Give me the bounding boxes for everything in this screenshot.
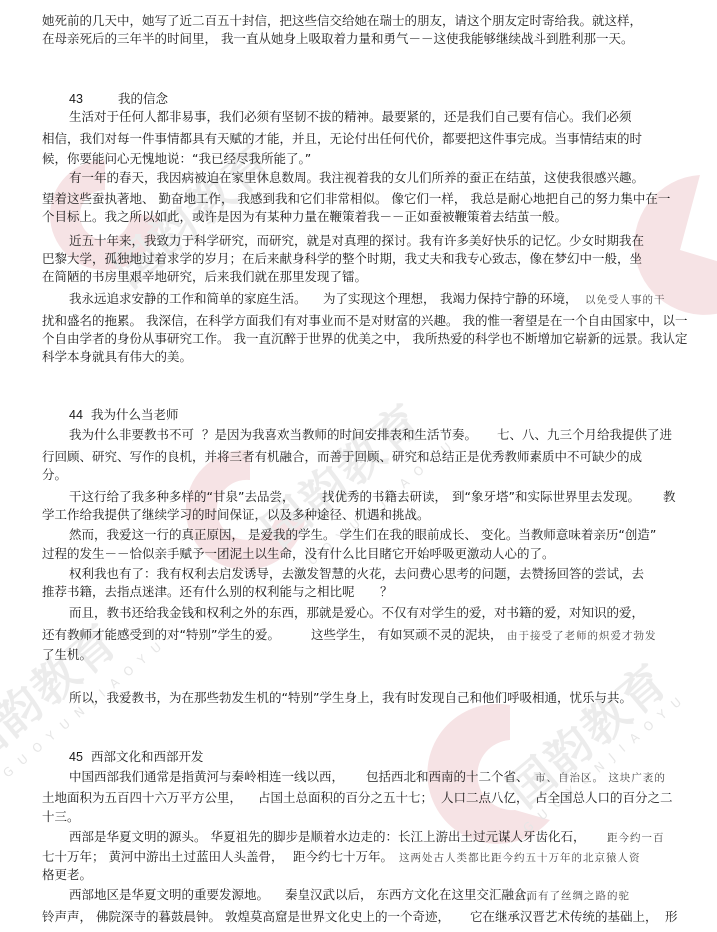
paragraph-line: 了生机。	[42, 647, 92, 663]
paragraph-line: 过程的发生－－恰似亲手赋予一团泥土以生命，没有什么比目睹它开始呼吸更激动人心的了…	[42, 546, 555, 562]
paragraph-line: 这两处古人类都比距今约五十万年的北京猿人资	[399, 850, 641, 866]
paragraph-line: 还有教师才能感受到的对“特别”学生的爱。	[42, 627, 280, 643]
paragraph-line: 个目标上。我之所以如此，或许是因为有某种力量在鞭策着我－－正如蚕被鞭策着去结茧一…	[42, 209, 567, 225]
paragraph-line: 距今约一百	[607, 830, 665, 846]
paragraph-line: 所以，我爱教书，为在那些勃发生机的“特别”学生身上，我有时发现自己和他们呼吸相通…	[69, 690, 632, 706]
paragraph-line: ？	[380, 584, 393, 600]
paragraph-line: 以免受人事的干	[585, 292, 666, 308]
paragraph-line: 土地面积为五百四十六万平方公里，	[42, 790, 242, 806]
paragraph-line: 巴黎大学，孤独地过着求学的岁月；在后来献身科学的整个时期，我丈夫和我专心致志，像…	[42, 251, 642, 267]
paragraph-line: 相信，我们对每一件事情都具有天赋的才能，并且，无论付出任何代价，都要把这件事完成…	[42, 131, 642, 147]
paragraph-line: 十三。	[42, 809, 80, 825]
paragraph-line: 我永远追求安静的工作和简单的家庭生活。	[69, 291, 307, 307]
section-number: 43	[69, 91, 83, 107]
paragraph-line: 由于接受了老师的炽爱才勃发	[507, 628, 657, 644]
paragraph-line: 在母亲死后的三年半的时间里， 我一直从她身上吸取着力量和勇气－－这使我能够继续战…	[42, 31, 633, 47]
section-title: 我的信念	[118, 91, 168, 107]
paragraph-line: 找优秀的书籍去研读，	[322, 489, 447, 505]
paragraph-line: 行回顾、研究、写作的良机，并将三者有机融合，而善于回顾、研究和总结正是优秀教师素…	[42, 449, 642, 465]
paragraph-line: 教	[663, 489, 676, 505]
paragraph-line: 长江上游出土过元谋人牙齿化石，	[398, 829, 586, 845]
paragraph-line: 干这行给了我多种多样的“甘泉”去品尝，	[69, 489, 294, 505]
paragraph-line: 到“象牙塔”和实际世界里去发现。	[452, 489, 640, 505]
paragraph-line: 望着这些蚕执著地、 勤奋地工作， 我感到我和它们非常相似。 像它们一样， 我总是…	[42, 191, 670, 207]
paragraph-line: 七、八、九三个月给我提供了进	[497, 427, 672, 443]
paragraph-line: 市、自治区。 这块广袤的	[535, 770, 666, 786]
paragraph-line: 西部地区是华夏文明的重要发源地。	[69, 887, 269, 903]
paragraph-line: 推荐书籍，去指点迷津。还有什么别的权利能与之相比呢	[42, 584, 355, 600]
paragraph-line: 形	[665, 909, 678, 925]
paragraph-line: 格更老。	[42, 867, 92, 883]
watermark-pinyin-text: GUOYUNJIAOYU	[520, 689, 691, 836]
paragraph-line: 人口二点八亿，	[441, 790, 529, 806]
paragraph-line: 占全国总人口的百分之二	[535, 790, 673, 806]
paragraph-line: ？是因为我喜欢当教师的时间安排表和生活节奏。	[202, 427, 477, 443]
paragraph-line: 学工作给我提供了继续学习的时间保证，以及多种途径、机遇和挑战。	[42, 507, 430, 523]
paragraph-line: 在简陋的书房里艰辛地研究，后来我们就在那里发现了镭。	[42, 269, 367, 285]
paragraph-line: 七十万年； 黄河中游出土过蓝田人头盖骨，	[42, 849, 283, 865]
paragraph-line: 这些学生， 有如冥顽不灵的泥块，	[311, 627, 502, 643]
paragraph-line: 然而，我爱这一行的真正原因， 是爱我的学生。 学生们在我的眼前成长、 变化。当教…	[69, 527, 656, 543]
paragraph-line: 权利我也有了：我有权利去启发诱导，去激发智慧的火花，去问费心思考的问题，去赞扬回…	[69, 566, 644, 582]
paragraph-line: 分。	[42, 467, 67, 483]
paragraph-line: 距今约七十万年。	[293, 849, 393, 865]
paragraph-line: 包括西北和西南的十二个省、	[366, 769, 529, 785]
paragraph-line: 科学本身就具有伟大的美。	[42, 349, 192, 365]
paragraph-line: 近五十年来，我致力于科学研究，而研究，就是对真理的探讨。我有许多美好快乐的记忆。…	[69, 233, 644, 249]
paragraph-line: 从而有了丝绸之路的驼	[515, 888, 630, 904]
paragraph-line: 有一年的春天，我因病被迫在家里休息数周。我注视着我的女儿们所养的蚕正在结茧，这使…	[69, 170, 644, 186]
section-title: 西部文化和西部开发	[91, 749, 204, 765]
paragraph-line: 我为什么非要教书不可	[69, 427, 194, 443]
paragraph-line: 秦皇汉武以后， 东西方文化在这里交汇融合，	[285, 887, 539, 903]
paragraph-line: 个自由学者的身份从事研究工作。 我一直沉醉于世界的优美之中， 我所热爱的科学也不…	[42, 331, 687, 347]
paragraph-line: 铃声声， 佛院深寺的暮鼓晨钟。 敦煌莫高窟是世界文化史上的一个奇迹，	[42, 909, 450, 925]
paragraph-line: 扰和盛名的拖累。 我深信，在科学方面我们有对事业而不是对财富的兴趣。 我的惟一奢…	[42, 313, 687, 329]
paragraph-line: 为了实现这个理想，	[323, 291, 436, 307]
paragraph-line: 生活对于任何人都非易事，我们必须有坚韧不拔的精神。最要紧的，还是我们自己要有信心…	[69, 109, 632, 125]
paragraph-line: 她死前的几天中，她写了近二百五十封信，把这些信交给她在瑞士的朋友，请这个朋友定时…	[42, 13, 642, 29]
paragraph-line: 占国土总面积的百分之五十七；	[258, 790, 433, 806]
paragraph-line: 而且，教书还给我金钱和权利之外的东西，那就是爱心。不仅有对学生的爱，对书籍的爱，…	[69, 605, 644, 621]
section-title: 我为什么当老师	[91, 407, 179, 423]
paragraph-line: 西部是华夏文明的源头。 华夏祖先的脚步是顺着水边走的：	[69, 829, 398, 845]
paragraph-line: 它在继承汉晋艺术传统的基础上，	[470, 909, 658, 925]
paragraph-line: 我竭力保持宁静的环境，	[440, 291, 578, 307]
paragraph-line: 候，你要能问心无愧地说：“我已经尽我所能了。”	[42, 151, 311, 167]
section-number: 44	[69, 407, 83, 423]
paragraph-line: 中国西部我们通常是指黄河与秦岭相连一线以西，	[69, 769, 344, 785]
section-number: 45	[69, 749, 83, 765]
